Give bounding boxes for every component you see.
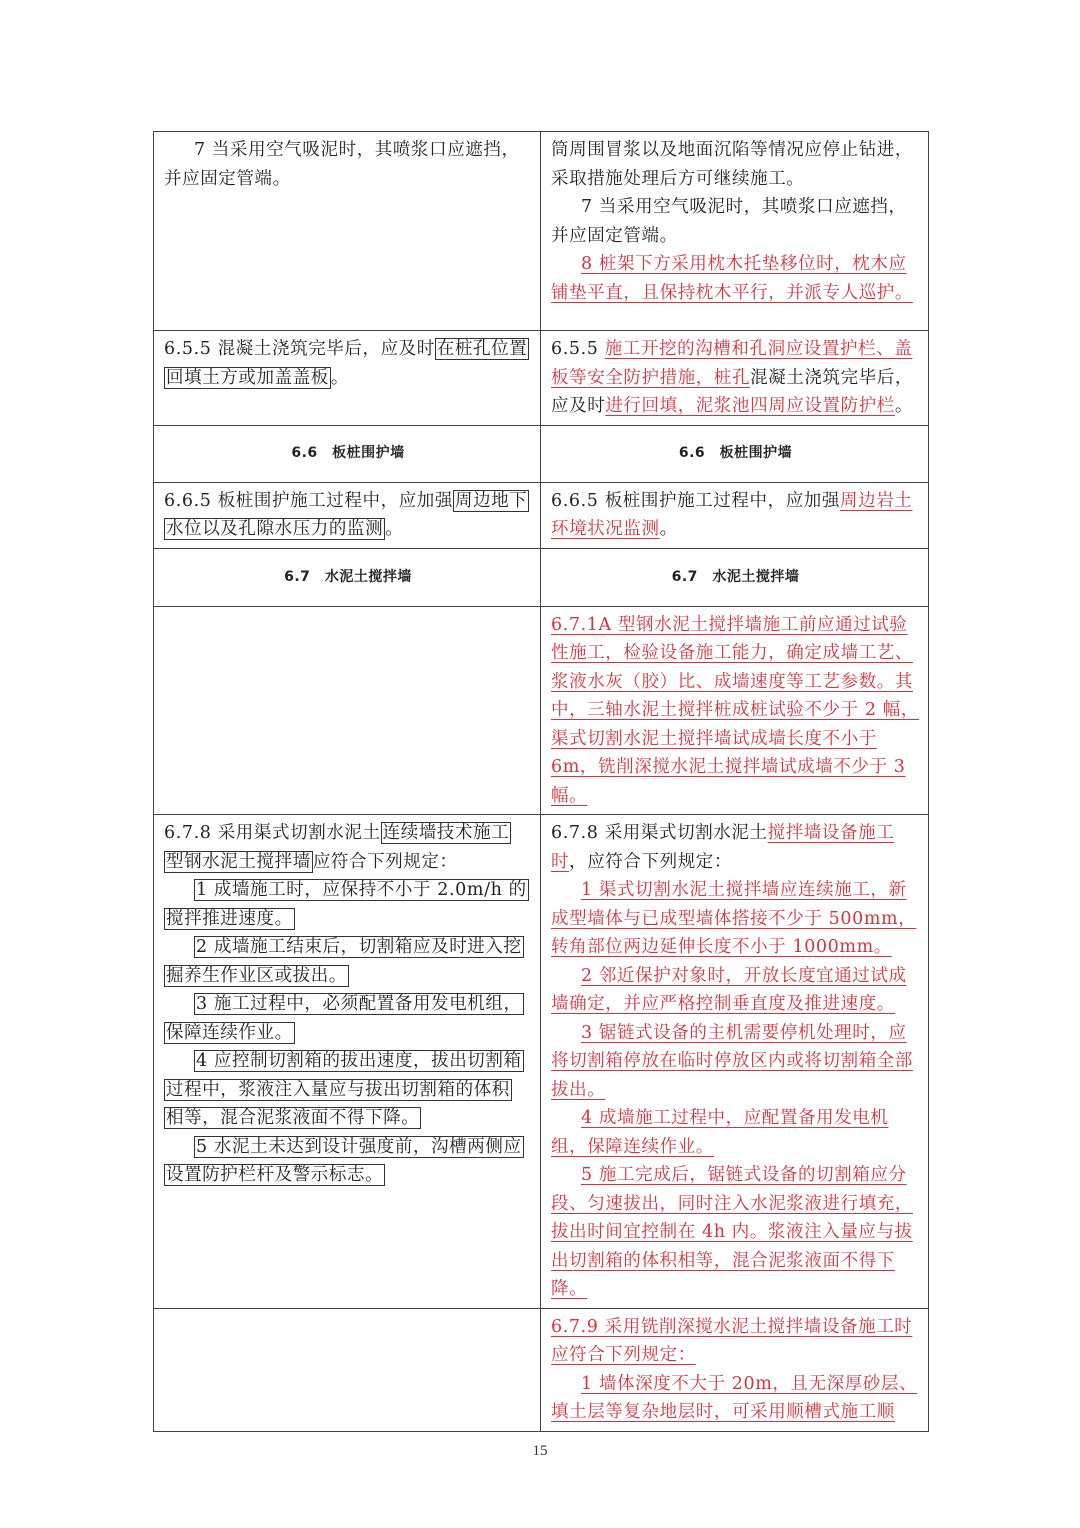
added-item: 5 施工完成后，锯链式设备的切割箱应分段、匀速拔出，同时注入水泥浆液进行填充，拔… — [551, 1165, 913, 1299]
clause-text: ，应符合下列规定： — [569, 852, 732, 872]
punct: 。 — [895, 396, 913, 416]
punct: 。 — [331, 368, 349, 388]
table-row: 6.5.5 混凝土浇筑完毕后，应及时在桩孔位置回填土方或加盖盖板。 6.5.5 … — [154, 331, 929, 426]
cell-original: 6.7.8 采用渠式切割水泥土连续墙技术施工型钢水泥土搅拌墙应符合下列规定： 1… — [154, 815, 541, 1309]
deleted-item: 2 成墙施工结束后，切割箱应及时进入挖 — [194, 936, 524, 958]
deleted-item: 相等，混合泥浆液面不得下降。 — [164, 1107, 421, 1129]
cell-revised: 6.6.5 板桩围护施工过程中，应加强周边岩土环境状况监测。 — [541, 482, 929, 548]
deleted-item: 5 水泥土未达到设计强度前，沟槽两侧应 — [194, 1136, 524, 1158]
clause-text: 应符合下列规定： — [313, 852, 458, 872]
deleted-item: 1 成墙施工时，应保持不小于 2.0m/h 的 — [194, 879, 529, 901]
clause-text: 7 当采用空气吸泥时，其喷浆口应遮挡，并应固定管端。 — [551, 197, 907, 246]
section-title: 6.6 板桩围护墙 — [541, 425, 929, 482]
deleted-item: 保障连续作业。 — [164, 1022, 295, 1044]
deleted-item: 掘养生作业区或拔出。 — [164, 965, 349, 987]
deleted-text: 回填土方或加盖盖板 — [164, 367, 331, 389]
cell-revised: 6.5.5 施工开挖的沟槽和孔洞应设置护栏、盖板等安全防护措施，桩孔混凝土浇筑完… — [541, 331, 929, 426]
cell-original: 6.5.5 混凝土浇筑完毕后，应及时在桩孔位置回填土方或加盖盖板。 — [154, 331, 541, 426]
added-text: 进行回填，泥浆池四周应设置防护栏 — [605, 396, 895, 416]
clause-text: 6.7.8 采用渠式切割水泥土 — [551, 823, 768, 843]
cell-original: 7 当采用空气吸泥时，其喷浆口应遮挡，并应固定管端。 — [154, 132, 541, 331]
added-text: 8 桩架下方采用枕木托垫移位时，枕木应铺垫平直，且保持枕木平行，并派专人巡护。 — [551, 254, 913, 303]
added-text: 6.7.9 采用铣削深搅水泥土搅拌墙设备施工时应符合下列规定： — [551, 1313, 920, 1370]
section-title: 6.7 水泥土搅拌墙 — [154, 548, 541, 606]
table-row: 7 当采用空气吸泥时，其喷浆口应遮挡，并应固定管端。 筒周围冒浆以及地面沉陷等情… — [154, 132, 929, 331]
table-row: 6.7.1A 型钢水泥土搅拌墙施工前应通过试验性施工，检验设备施工能力，确定成墙… — [154, 606, 929, 815]
clause-text: 筒周围冒浆以及地面沉陷等情况应停止钻进，采取措施处理后方可继续施工。 — [551, 136, 920, 193]
clause-text: 7 当采用空气吸泥时，其喷浆口应遮挡，并应固定管端。 — [164, 140, 520, 189]
added-item: 2 邻近保护对象时，开放长度宜通过试成墙确定，并应严格控制垂直度及推进速度。 — [551, 966, 907, 1015]
deleted-item: 4 应控制切割箱的拔出速度，拔出切割箱 — [194, 1050, 524, 1072]
cell-revised: 6.7.8 采用渠式切割水泥土搅拌墙设备施工时，应符合下列规定： 1 渠式切割水… — [541, 815, 929, 1309]
cell-revised: 筒周围冒浆以及地面沉陷等情况应停止钻进，采取措施处理后方可继续施工。 7 当采用… — [541, 132, 929, 331]
table-row: 6.7.9 采用铣削深搅水泥土搅拌墙设备施工时应符合下列规定： 1 墙体深度不大… — [154, 1308, 929, 1431]
added-item: 1 渠式切割水泥土搅拌墙应连续施工，新成型墙体与已成型墙体搭接不少于 500mm… — [551, 880, 916, 957]
deleted-text: 周边地下 — [453, 490, 529, 512]
clause-text: 6.5.5 混凝土浇筑完毕后，应及时 — [164, 339, 435, 359]
section-header-row: 6.7 水泥土搅拌墙 6.7 水泥土搅拌墙 — [154, 548, 929, 606]
cell-original-empty — [154, 1308, 541, 1431]
section-header-row: 6.6 板桩围护墙 6.6 板桩围护墙 — [154, 425, 929, 482]
added-item: 4 成墙施工过程中，应配置备用发电机组，保障连续作业。 — [551, 1108, 889, 1157]
deleted-text: 在桩孔位置 — [435, 338, 530, 360]
punct: 。 — [660, 519, 678, 539]
comparison-table: 7 当采用空气吸泥时，其喷浆口应遮挡，并应固定管端。 筒周围冒浆以及地面沉陷等情… — [153, 131, 929, 1432]
deleted-item: 设置防护栏杆及警示标志。 — [164, 1164, 385, 1186]
added-text: 6.7.1A 型钢水泥土搅拌墙施工前应通过试验性施工，检验设备施工能力，确定成墙… — [551, 615, 919, 806]
cell-original-empty — [154, 606, 541, 815]
deleted-text: 水位以及孔隙水压力的监测 — [164, 518, 385, 540]
cell-revised: 6.7.9 采用铣削深搅水泥土搅拌墙设备施工时应符合下列规定： 1 墙体深度不大… — [541, 1308, 929, 1431]
section-title: 6.7 水泥土搅拌墙 — [541, 548, 929, 606]
deleted-item: 过程中，浆液注入量应与拔出切割箱的体积 — [164, 1079, 512, 1101]
clause-text: 6.6.5 板桩围护施工过程中，应加强 — [164, 491, 453, 511]
clause-text: 6.6.5 板桩围护施工过程中，应加强 — [551, 491, 840, 511]
clause-text: 6.7.8 采用渠式切割水泥土 — [164, 823, 381, 843]
cell-original: 6.6.5 板桩围护施工过程中，应加强周边地下水位以及孔隙水压力的监测。 — [154, 482, 541, 548]
punct: 。 — [385, 519, 403, 539]
deleted-item: 3 施工过程中，必须配置备用发电机组， — [194, 993, 524, 1015]
section-title: 6.6 板桩围护墙 — [154, 425, 541, 482]
deleted-text: 连续墙技术施工 — [381, 822, 512, 844]
table-row: 6.6.5 板桩围护施工过程中，应加强周边地下水位以及孔隙水压力的监测。 6.6… — [154, 482, 929, 548]
table-row: 6.7.8 采用渠式切割水泥土连续墙技术施工型钢水泥土搅拌墙应符合下列规定： 1… — [154, 815, 929, 1309]
clause-number: 6.5.5 — [551, 339, 605, 359]
added-item: 3 锯链式设备的主机需要停机处理时，应将切割箱停放在临时停放区内或将切割箱全部拔… — [551, 1023, 913, 1100]
deleted-item: 搅拌推进速度。 — [164, 908, 295, 930]
added-item: 1 墙体深度不大于 20m，且无深厚砂层、填土层等复杂地层时，可采用顺槽式施工顺 — [551, 1374, 917, 1423]
page-number: 15 — [0, 1443, 1080, 1460]
deleted-text: 型钢水泥土搅拌墙 — [164, 851, 313, 873]
cell-revised: 6.7.1A 型钢水泥土搅拌墙施工前应通过试验性施工，检验设备施工能力，确定成墙… — [541, 606, 929, 815]
